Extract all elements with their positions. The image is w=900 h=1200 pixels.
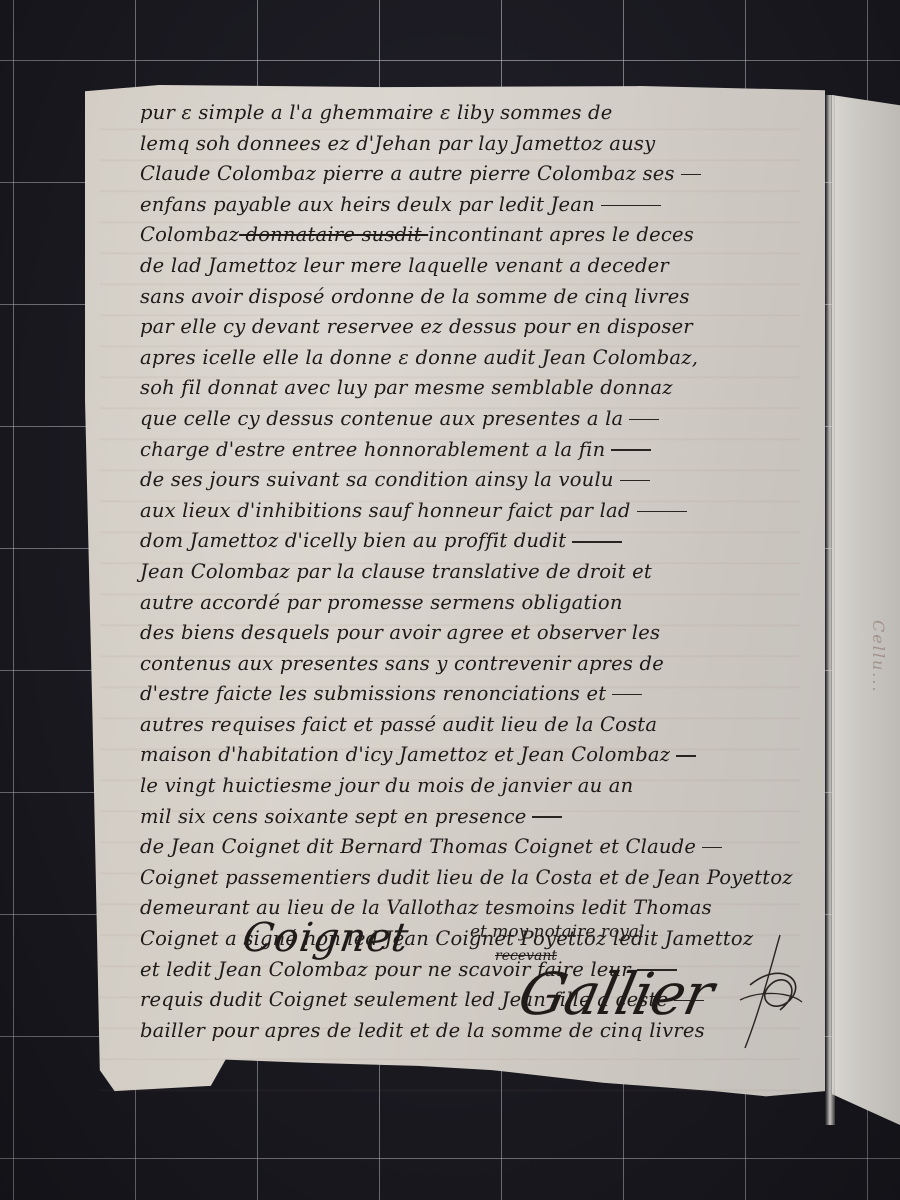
line-text-tail: incontinant apres le deces <box>428 223 694 246</box>
line-filler-stroke <box>637 511 687 512</box>
manuscript-line: dom Jamettoz d'icelly bien au proffit du… <box>140 526 840 557</box>
manuscript-line: sans avoir disposé ordonne de la somme d… <box>140 282 840 313</box>
line-text: de lad Jamettoz leur mere laquelle venan… <box>140 254 669 277</box>
manuscript-line: le vingt huictiesme jour du mois de janv… <box>140 771 840 802</box>
line-filler-stroke <box>629 419 659 420</box>
line-text: maison d'habitation d'icy Jamettoz et Je… <box>140 743 670 766</box>
line-filler-stroke <box>601 205 661 206</box>
line-text: soh fil donnat avec luy par mesme sembla… <box>140 376 673 399</box>
manuscript-line: d'estre faicte les submissions renonciat… <box>140 679 840 710</box>
manuscript-line: enfans payable aux heirs deulx par ledit… <box>140 190 840 221</box>
manuscript-line: soh fil donnat avec luy par mesme sembla… <box>140 373 840 404</box>
line-text: pur ε simple a l'a ghemmaire ε liby somm… <box>140 101 612 124</box>
line-text: autre accordé par promesse sermens oblig… <box>140 591 623 614</box>
line-text: autres requises faict et passé audit lie… <box>140 713 657 736</box>
line-filler-stroke <box>681 174 701 175</box>
line-text: le vingt huictiesme jour du mois de janv… <box>140 774 633 797</box>
manuscript-line: mil six cens soixante sept en presence <box>140 802 840 833</box>
line-text: Colombaz <box>140 223 239 246</box>
manuscript-line: aux lieux d'inhibitions sauf honneur fai… <box>140 496 840 527</box>
manuscript-text: pur ε simple a l'a ghemmaire ε liby somm… <box>140 98 840 1046</box>
line-text: que celle cy dessus contenue aux present… <box>140 407 623 430</box>
manuscript-line: apres icelle elle la donne ε donne audit… <box>140 343 840 374</box>
signature-coignet: Coignet <box>240 915 412 961</box>
line-text: lemq soh donnees ez d'Jehan par lay Jame… <box>140 132 655 155</box>
manuscript-line: pur ε simple a l'a ghemmaire ε liby somm… <box>140 98 840 129</box>
struck-text: donnataire susdit <box>239 223 428 246</box>
manuscript-line: Coignet passementiers dudit lieu de la C… <box>140 863 840 894</box>
line-text: par elle cy devant reservee ez dessus po… <box>140 315 693 338</box>
line-text: Claude Colombaz pierre a autre pierre Co… <box>140 162 675 185</box>
signature-gallier: Gallier <box>513 960 719 1028</box>
line-text: Jean Colombaz par la clause translative … <box>140 560 652 583</box>
line-filler-stroke <box>676 755 696 756</box>
line-text: sans avoir disposé ordonne de la somme d… <box>140 285 690 308</box>
manuscript-line: charge d'estre entree honnorablement a l… <box>140 435 840 466</box>
line-text: Coignet passementiers dudit lieu de la C… <box>140 866 793 889</box>
adjacent-page <box>832 95 900 1125</box>
line-text: charge d'estre entree honnorablement a l… <box>140 438 605 461</box>
line-text: de ses jours suivant sa condition ainsy … <box>140 468 614 491</box>
line-filler-stroke <box>620 480 650 481</box>
manuscript-line: de Jean Coignet dit Bernard Thomas Coign… <box>140 832 840 863</box>
line-text: Coignet a signé non led Jean Coignet Poy… <box>140 927 753 950</box>
line-text: dom Jamettoz d'icelly bien au proffit du… <box>140 529 566 552</box>
line-filler-stroke <box>572 541 622 542</box>
adjacent-page-bleed-text: Cellu... <box>848 620 888 694</box>
line-text: enfans payable aux heirs deulx par ledit… <box>140 193 595 216</box>
manuscript-line: par elle cy devant reservee ez dessus po… <box>140 312 840 343</box>
manuscript-line: Jean Colombaz par la clause translative … <box>140 557 840 588</box>
manuscript-line: Claude Colombaz pierre a autre pierre Co… <box>140 159 840 190</box>
line-text: mil six cens soixante sept en presence <box>140 805 526 828</box>
line-text: contenus aux presentes sans y contreveni… <box>140 652 664 675</box>
manuscript-line: de lad Jamettoz leur mere laquelle venan… <box>140 251 840 282</box>
line-text: demeurant au lieu de la Vallothaz tesmoi… <box>140 896 712 919</box>
notary-paraph-flourish <box>720 930 810 1050</box>
line-text: aux lieux d'inhibitions sauf honneur fai… <box>140 499 631 522</box>
line-filler-stroke <box>702 847 722 848</box>
manuscript-line: Colombaz donnataire susdit incontinant a… <box>140 220 840 251</box>
line-text: d'estre faicte les submissions renonciat… <box>140 682 606 705</box>
notary-note: et moy notaire royal <box>470 922 644 942</box>
manuscript-line: de ses jours suivant sa condition ainsy … <box>140 465 840 496</box>
manuscript-line: autre accordé par promesse sermens oblig… <box>140 588 840 619</box>
line-text: de Jean Coignet dit Bernard Thomas Coign… <box>140 835 696 858</box>
manuscript-line: autres requises faict et passé audit lie… <box>140 710 840 741</box>
line-text: des biens desquels pour avoir agree et o… <box>140 621 660 644</box>
line-filler-stroke <box>612 694 642 695</box>
manuscript-line: maison d'habitation d'icy Jamettoz et Je… <box>140 740 840 771</box>
manuscript-line: que celle cy dessus contenue aux present… <box>140 404 840 435</box>
manuscript-line: des biens desquels pour avoir agree et o… <box>140 618 840 649</box>
manuscript-line: lemq soh donnees ez d'Jehan par lay Jame… <box>140 129 840 160</box>
line-filler-stroke <box>532 816 562 817</box>
line-filler-stroke <box>611 449 651 450</box>
line-text: apres icelle elle la donne ε donne audit… <box>140 346 698 369</box>
manuscript-line: contenus aux presentes sans y contreveni… <box>140 649 840 680</box>
